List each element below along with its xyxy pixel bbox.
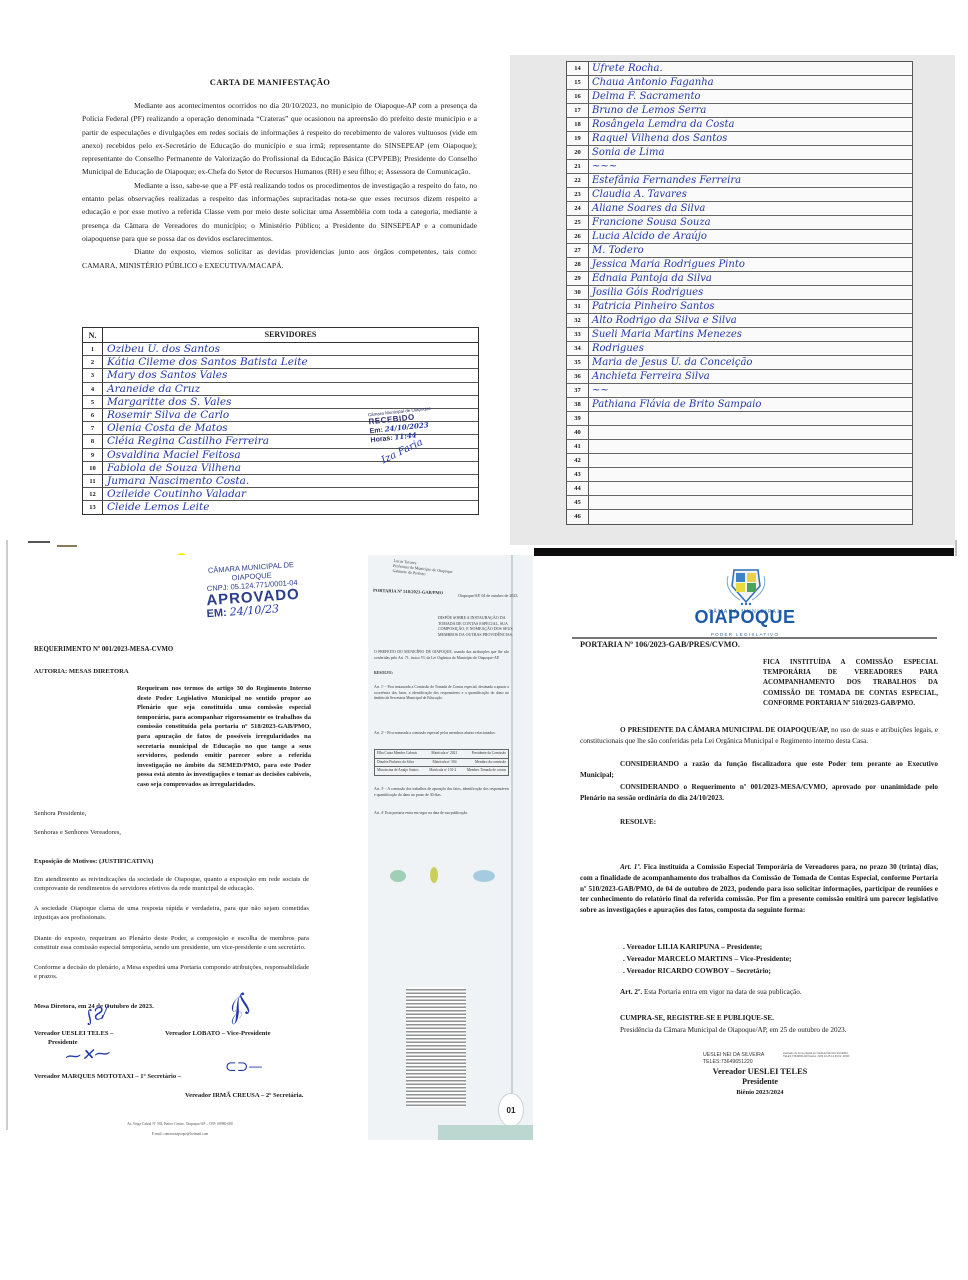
handwritten-signature	[589, 510, 912, 524]
requerimento-ementa: Requeiram nos termos do artigo 30 do Reg…	[137, 684, 311, 790]
table-row: 20Sonia de Lima	[567, 146, 912, 160]
handwritten-signature: Josilia Góis Rodrigues	[589, 286, 912, 299]
table-row: 13Cleide Lemos Leite	[83, 501, 478, 514]
row-number: 28	[567, 258, 589, 271]
portaria-place-date: Oiapoque/AP, 04 de outubro de 2023.	[458, 593, 518, 599]
table-row: 29Ednaia Pantoja da Silva	[567, 272, 912, 286]
city-logo-text: OIAPOQUE	[560, 612, 930, 623]
handwritten-signature: Ednaia Pantoja da Silva	[589, 272, 912, 285]
digital-signature: UESLEI NEI DA SILVEIRA TELES:73649651220…	[703, 1052, 764, 1065]
row-number: 9	[83, 449, 103, 461]
exposition-paragraph: Em atendimento as reivindicações da soci…	[34, 875, 309, 893]
table-row: 34Rodrigues	[567, 342, 912, 356]
row-number: 41	[567, 440, 589, 453]
table-row: 27M. Todero	[567, 244, 912, 258]
handwritten-signature: Sueli Maria Martins Menezes	[589, 328, 912, 341]
signatory-vice: Vereador LOBATO – Vice-Presidente	[165, 1029, 271, 1038]
table-row: 11Jumara Nascimento Costa.	[83, 475, 478, 488]
article-1: Art. 1º. Fica instituída a Comissão Espe…	[580, 862, 938, 916]
row-number: 25	[567, 216, 589, 229]
carta-paragraph: Mediante a isso, sabe-se que a PF está r…	[82, 179, 477, 245]
table-row: 28Jessica Maria Rodrigues Pinto	[567, 258, 912, 272]
row-number: 4	[83, 383, 103, 395]
exposition-paragraph: Diante do exposto, requeiram ao Plenário…	[34, 934, 309, 952]
table-row: 45	[567, 496, 912, 510]
portaria-prefeitura-page: Lucas Tavares Prefeitura do Município de…	[368, 555, 533, 1140]
table-row: 16Delma F. Sacramento	[567, 90, 912, 104]
header-number: N.	[83, 328, 103, 342]
row-number: 34	[567, 342, 589, 355]
signature-scribble: ⊂⊃—	[225, 1063, 262, 1072]
row-number: 11	[83, 475, 103, 487]
handwritten-signature: M. Todero	[589, 244, 912, 257]
row-number: 12	[83, 488, 103, 500]
handwritten-signature: Chaua Antonio Faganha	[589, 76, 912, 89]
row-number: 40	[567, 426, 589, 439]
text-block	[406, 987, 466, 1107]
table-row: 46	[567, 510, 912, 524]
row-number: 27	[567, 244, 589, 257]
commission-member: . Vereador MARCELO MARTINS – Vice-Presid…	[623, 954, 791, 965]
portaria-ementa: Dispõe sobre a instauração da Tomada de …	[438, 615, 513, 637]
table-row: 19Raquel Vilhena dos Santos	[567, 132, 912, 146]
row-number: 31	[567, 300, 589, 313]
row-number: 29	[567, 272, 589, 285]
handwritten-signature	[589, 412, 912, 425]
handwritten-signature: Araneide da Cruz	[103, 383, 478, 395]
table-row: 39	[567, 412, 912, 426]
member-row: Elba Cuiza Mendes CabraisMatrícula nº 20…	[375, 750, 508, 759]
table-row: 32Alto Rodrigo da Silva e Silva	[567, 314, 912, 328]
portaria-title: PORTARIA Nº 106/2023-GAB/PRES/CVMO.	[580, 640, 740, 651]
portaria-resolve: RESOLVE:	[374, 671, 509, 677]
table-row: 24Aliane Soares da Silva	[567, 202, 912, 216]
row-number: 8	[83, 435, 103, 447]
row-number: 7	[83, 422, 103, 434]
handwritten-signature: Fabiola de Souza Vilhena	[103, 462, 478, 474]
row-number: 36	[567, 370, 589, 383]
handwritten-signature	[589, 496, 912, 509]
row-number: 5	[83, 396, 103, 408]
table-row: 1Ozibeu U. dos Santos	[83, 343, 478, 356]
table-row: 3Mary dos Santos Vales	[83, 369, 478, 382]
handwritten-signature: Ozileide Coutinho Valadar	[103, 488, 478, 500]
table-row: 18Rosângela Lemdra da Costa	[567, 118, 912, 132]
table-row: 26Lucia Alcido de Araújo	[567, 230, 912, 244]
handwritten-signature: Mary dos Santos Vales	[103, 369, 478, 381]
row-number: 1	[83, 343, 103, 355]
carta-manifestacao-page: CARTA DE MANIFESTAÇÃO Mediante aos acont…	[40, 55, 500, 535]
table-row: 15Chaua Antonio Faganha	[567, 76, 912, 90]
signatory-second-secretary: Vereador IRMÃ CREUSA – 2º Secretária.	[185, 1091, 303, 1100]
table-row: 37~~	[567, 384, 912, 398]
crest-icon	[430, 867, 438, 883]
article-2: Art. 2º. Esta Portaria entra em vigor na…	[580, 987, 938, 998]
row-number: 17	[567, 104, 589, 117]
handwritten-signature: Francione Sousa Souza	[589, 216, 912, 229]
handwritten-signature: Claudia A. Tavares	[589, 188, 912, 201]
handwritten-signature: ~~~	[589, 160, 912, 173]
requerimento-number: REQUERIMENTO Nº 001/2023-MESA-CVMO	[34, 645, 173, 654]
signatory-first-secretary: Vereador MARQUES MOTOTAXI – 1º Secretári…	[34, 1072, 181, 1081]
commission-members-table: Elba Cuiza Mendes CabraisMatrícula nº 20…	[374, 749, 509, 776]
portaria-ementa: FICA INSTITUÍDA A COMISSÃO ESPECIAL TEMP…	[763, 658, 938, 709]
table-row: 17Bruno de Lemos Serra	[567, 104, 912, 118]
portaria-art4: Art. 4º Esta portaria entra em vigor na …	[374, 811, 509, 817]
table-row: 21~~~	[567, 160, 912, 174]
commission-member: . Vereador RICARDO COWBOY – Secretário;	[623, 966, 771, 977]
handwritten-signature: Sonia de Lima	[589, 146, 912, 159]
carta-paragraph: Diante do exposto, viemos solicitar as d…	[82, 245, 477, 272]
row-number: 44	[567, 482, 589, 495]
row-number: 6	[83, 409, 103, 421]
footer-address: Av. Veiga Cabral Nº 392, Bairro Centro, …	[25, 1120, 335, 1129]
handwritten-signature	[589, 426, 912, 439]
row-number: 22	[567, 174, 589, 187]
row-number: 15	[567, 76, 589, 89]
signature-list-table: 14Ufrete Rocha.15Chaua Antonio Faganha16…	[566, 61, 913, 525]
table-row: 36Anchieta Ferreira Silva	[567, 370, 912, 384]
salutation: Senhoras e Senhores Vereadores,	[34, 828, 121, 837]
handwritten-signature: Aliane Soares da Silva	[589, 202, 912, 215]
handwritten-signature: Rodrigues	[589, 342, 912, 355]
member-row: Minoiscina de Araújo SantosMatrícula nº …	[375, 767, 508, 775]
carta-title: CARTA DE MANIFESTAÇÃO	[40, 77, 500, 87]
row-number: 30	[567, 286, 589, 299]
table-row: 43	[567, 468, 912, 482]
requerimento-authorship: AUTORIA: MESAS DIRETORA	[34, 667, 129, 676]
table-row: 35Maria de Jesus U. da Conceição	[567, 356, 912, 370]
carta-paragraph: Mediante aos acontecimentos ocorridos no…	[82, 99, 477, 179]
commission-member: . Vereador LILIA KARIPUNA – Presidente;	[623, 942, 762, 953]
row-number: 21	[567, 160, 589, 173]
handwritten-signature: Pathiana Flávia de Brito Sampaio	[589, 398, 912, 411]
row-number: 14	[567, 62, 589, 75]
row-number: 38	[567, 398, 589, 411]
signatory-president: Vereador UESLEI TELES –	[34, 1029, 113, 1038]
signature-scribble: ⁓✕⁓	[65, 1048, 111, 1061]
row-number: 20	[567, 146, 589, 159]
considerando-1: CONSIDERANDO a razão da função fiscaliza…	[580, 759, 938, 781]
handwritten-signature	[589, 468, 912, 481]
handwritten-signature: Rosângela Lemdra da Costa	[589, 118, 912, 131]
handwritten-signature	[589, 454, 912, 467]
salutation: Senhora Presidente,	[34, 809, 86, 818]
header-rule	[572, 637, 937, 639]
signer-role: Presidente	[560, 1077, 960, 1088]
partner-logo-icon	[473, 870, 495, 882]
table-row: 2Kátia Cileme dos Santos Batista Leite	[83, 356, 478, 369]
table-row: 41	[567, 440, 912, 454]
separator-bar	[534, 548, 954, 556]
handwritten-signature: Jessica Maria Rodrigues Pinto	[589, 258, 912, 271]
handwritten-signature: Raquel Vilhena dos Santos	[589, 132, 912, 145]
handwritten-signature: Kátia Cileme dos Santos Batista Leite	[103, 356, 478, 368]
handwritten-signature	[589, 440, 912, 453]
table-row: 31Patricia Pinheiro Santos	[567, 300, 912, 314]
carta-body: Mediante aos acontecimentos ocorridos no…	[82, 99, 477, 272]
page-number: 01	[498, 1093, 524, 1127]
portaria-header: Lucas Tavares Prefeitura do Município de…	[392, 558, 453, 579]
portaria-art3: Art. 3º - A comissão dos trabalhos de ap…	[374, 787, 509, 798]
row-number: 39	[567, 412, 589, 425]
preamble: O PRESIDENTE DA CÂMARA MUNICIPAL DE OIAP…	[580, 725, 938, 747]
handwritten-signature: Estefânia Fernandes Ferreira	[589, 174, 912, 187]
header-servers: SERVIDORES	[103, 328, 478, 342]
table-row: 38Pathiana Flávia de Brito Sampaio	[567, 398, 912, 412]
row-number: 10	[83, 462, 103, 474]
row-number: 19	[567, 132, 589, 145]
handwritten-signature: Alto Rodrigo da Silva e Silva	[589, 314, 912, 327]
municipal-logo-icon	[390, 870, 406, 882]
exposition-paragraph: Conforme a decisão do plenário, a Mesa e…	[34, 963, 309, 981]
signer-term: Biênio 2023/2024	[560, 1088, 960, 1099]
resolve-label: RESOLVE:	[580, 817, 938, 828]
handwritten-signature: Ufrete Rocha.	[589, 62, 912, 75]
table-row: 12Ozileide Coutinho Valadar	[83, 488, 478, 501]
handwritten-signature: Cleide Lemos Leite	[103, 501, 478, 514]
portaria-number: PORTARIA Nº 518/2023-GAB/PMO	[373, 588, 443, 596]
page-edge	[6, 540, 8, 1130]
table-row: 25Francione Sousa Souza	[567, 216, 912, 230]
row-number: 35	[567, 356, 589, 369]
portaria-preamble: O PREFEITO DO MUNICÍPIO DE OIAPOQUE, usa…	[374, 650, 509, 661]
row-number: 42	[567, 454, 589, 467]
member-row: Dinalva Pinheiro da SilvaMatrícula nº 30…	[375, 759, 508, 768]
handwritten-signature: Anchieta Ferreira Silva	[589, 370, 912, 383]
row-number: 23	[567, 188, 589, 201]
footer-bar	[438, 1125, 533, 1140]
row-number: 46	[567, 510, 589, 524]
handwritten-signature: Delma F. Sacramento	[589, 90, 912, 103]
row-number: 2	[83, 356, 103, 368]
camara-crest-icon	[720, 566, 772, 606]
handwritten-signature: Lucia Alcido de Araújo	[589, 230, 912, 243]
handwritten-signature	[589, 482, 912, 495]
table-row: 33Sueli Maria Martins Menezes	[567, 328, 912, 342]
table-row: 10Fabiola de Souza Vilhena	[83, 462, 478, 475]
row-number: 26	[567, 230, 589, 243]
table-row: 42	[567, 454, 912, 468]
signature-list-continuation-page: 14Ufrete Rocha.15Chaua Antonio Faganha16…	[510, 55, 955, 545]
handwritten-signature: Jumara Nascimento Costa.	[103, 475, 478, 487]
scan-mark	[28, 541, 50, 543]
table-row: 22Estefânia Fernandes Ferreira	[567, 174, 912, 188]
place-date: Presidência da Câmara Municipal de Oiapo…	[580, 1025, 938, 1036]
row-number: 32	[567, 314, 589, 327]
row-number: 3	[83, 369, 103, 381]
handwritten-signature: Maria de Jesus U. da Conceição	[589, 356, 912, 369]
signature-scribble: 𝒥∫	[225, 996, 252, 1019]
row-number: 16	[567, 90, 589, 103]
portaria-art2: Art. 2º - Fica nomeada a comissão especi…	[374, 731, 509, 737]
handwritten-signature: Ozibeu U. dos Santos	[103, 343, 478, 355]
table-header: N. SERVIDORES	[83, 328, 478, 343]
handwritten-signature: ~~	[589, 384, 912, 397]
signature-scribble: ∫Ƨ⁄	[84, 1007, 108, 1021]
exposition-paragraph: A sociedade Oiapoque clama de uma respos…	[34, 904, 309, 922]
requerimento-page: CÂMARA MUNICIPAL DE OIAPOQUE CNPJ: 05.12…	[25, 555, 360, 1145]
considerando-2: CONSIDERANDO o Requerimento nº 001/2023-…	[580, 782, 938, 804]
received-stamp: Câmara Municipal de Oiapoque RECEBIDO Em…	[368, 402, 473, 462]
row-number: 43	[567, 468, 589, 481]
exposition-title: Exposição de Motivos: (JUSTIFICATIVA)	[34, 857, 153, 866]
row-number: 13	[83, 501, 103, 514]
scan-mark	[57, 545, 77, 547]
table-row: 14Ufrete Rocha.	[567, 62, 912, 76]
handwritten-signature: Bruno de Lemos Serra	[589, 104, 912, 117]
footer-email: E-mail: camaraoiapoque@hotmail.com	[25, 1130, 335, 1139]
row-number: 33	[567, 328, 589, 341]
table-row: 40	[567, 426, 912, 440]
row-number: 24	[567, 202, 589, 215]
portaria-106-page: CÂMARA MUNICIPAL OIAPOQUE PODER LEGISLAT…	[560, 556, 960, 1140]
table-row: 44	[567, 482, 912, 496]
row-number: 45	[567, 496, 589, 509]
handwritten-signature: Patricia Pinheiro Santos	[589, 300, 912, 313]
row-number: 37	[567, 384, 589, 397]
closing: CUMPRA-SE, REGISTRE-SE E PUBLIQUE-SE.	[580, 1013, 938, 1024]
portaria-art1: Art. 1º - Fica instaurada a Comissão de …	[374, 685, 509, 702]
table-row: 23Claudia A. Tavares	[567, 188, 912, 202]
approved-stamp: CÂMARA MUNICIPAL DE OIAPOQUE CNPJ: 05.12…	[203, 560, 301, 619]
table-row: 4Araneide da Cruz	[83, 383, 478, 396]
row-number: 18	[567, 118, 589, 131]
table-row: 30Josilia Góis Rodrigues	[567, 286, 912, 300]
